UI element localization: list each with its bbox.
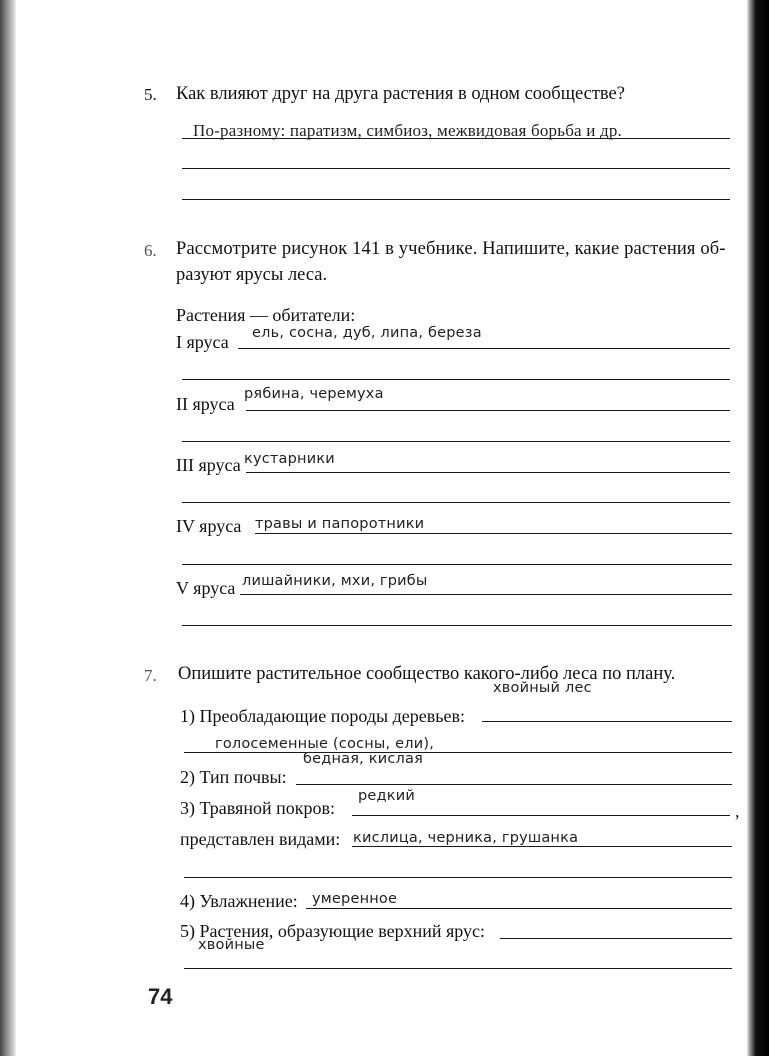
- answer-line: [182, 199, 730, 200]
- question-6-number: 6.: [144, 241, 157, 261]
- trees-answer: голосеменные (сосны, ели),: [215, 736, 434, 752]
- tier-3-answer: кустарники: [244, 451, 335, 467]
- tier-3-label: III яруса: [176, 455, 241, 476]
- tier-5-answer: лишайники, мхи, грибы: [242, 573, 428, 589]
- tier-1-label: I яруса: [176, 332, 229, 353]
- answer-line: [352, 846, 732, 847]
- question-7-number: 7.: [144, 666, 157, 686]
- answer-line: [182, 502, 730, 503]
- answer-line: [184, 752, 732, 753]
- question-6-text-line1: Рассмотрите рисунок 141 в учебнике. Напи…: [176, 239, 726, 260]
- answer-line: [500, 938, 732, 939]
- answer-line: [296, 784, 732, 785]
- answer-line: [255, 533, 732, 534]
- comma: ,: [735, 801, 740, 822]
- answer-line: [182, 625, 732, 626]
- answer-line: [246, 472, 730, 473]
- tier-4-answer: травы и папоротники: [255, 516, 424, 532]
- question-5-number: 5.: [144, 85, 157, 105]
- tier-4-label: IV яруса: [176, 516, 241, 537]
- question-6-text-line2: разуют ярусы леса.: [176, 265, 327, 286]
- answer-line: [182, 441, 730, 442]
- trees-label: 1) Преобладающие породы деревьев:: [180, 706, 465, 727]
- tier-1-answer: ель, сосна, дуб, липа, береза: [252, 325, 482, 341]
- answer-line: [352, 815, 730, 816]
- grass-answer: редкий: [358, 788, 415, 804]
- grass-label: 3) Травяной покров:: [180, 798, 335, 819]
- tier-5-label: V яруса: [176, 578, 235, 599]
- tier-2-answer: рябина, черемуха: [244, 386, 384, 402]
- question-5-text: Как влияют друг на друга растения в одно…: [176, 84, 625, 105]
- moisture-answer: умеренное: [312, 891, 397, 907]
- forest-type-answer: хвойный лес: [493, 680, 592, 696]
- scan-left-edge: [0, 0, 16, 1056]
- soil-answer: бедная, кислая: [303, 751, 423, 767]
- answer-line: [240, 594, 732, 595]
- soil-label: 2) Тип почвы:: [180, 767, 287, 788]
- answer-line: [482, 721, 732, 722]
- answer-line: [182, 564, 732, 565]
- upper-tier-answer: хвойные: [198, 937, 265, 953]
- species-answer: кислица, черника, грушанка: [353, 830, 578, 846]
- answer-line: [238, 348, 730, 349]
- answer-line: [184, 877, 732, 878]
- answer-line: [306, 908, 732, 909]
- moisture-label: 4) Увлажнение:: [180, 891, 298, 912]
- answer-line: [246, 410, 730, 411]
- answer-line: [182, 168, 730, 169]
- tier-2-label: II яруса: [176, 394, 235, 415]
- answer-line: [184, 968, 732, 969]
- species-label: представлен видами:: [180, 829, 340, 850]
- scan-right-edge: [747, 0, 769, 1056]
- question-7-text: Опишите растительное сообщество какого-л…: [178, 664, 675, 685]
- answer-line: [182, 138, 730, 139]
- question-6-subheading: Растения — обитатели:: [176, 305, 355, 326]
- page-number: 74: [148, 984, 172, 1010]
- answer-line: [182, 379, 730, 380]
